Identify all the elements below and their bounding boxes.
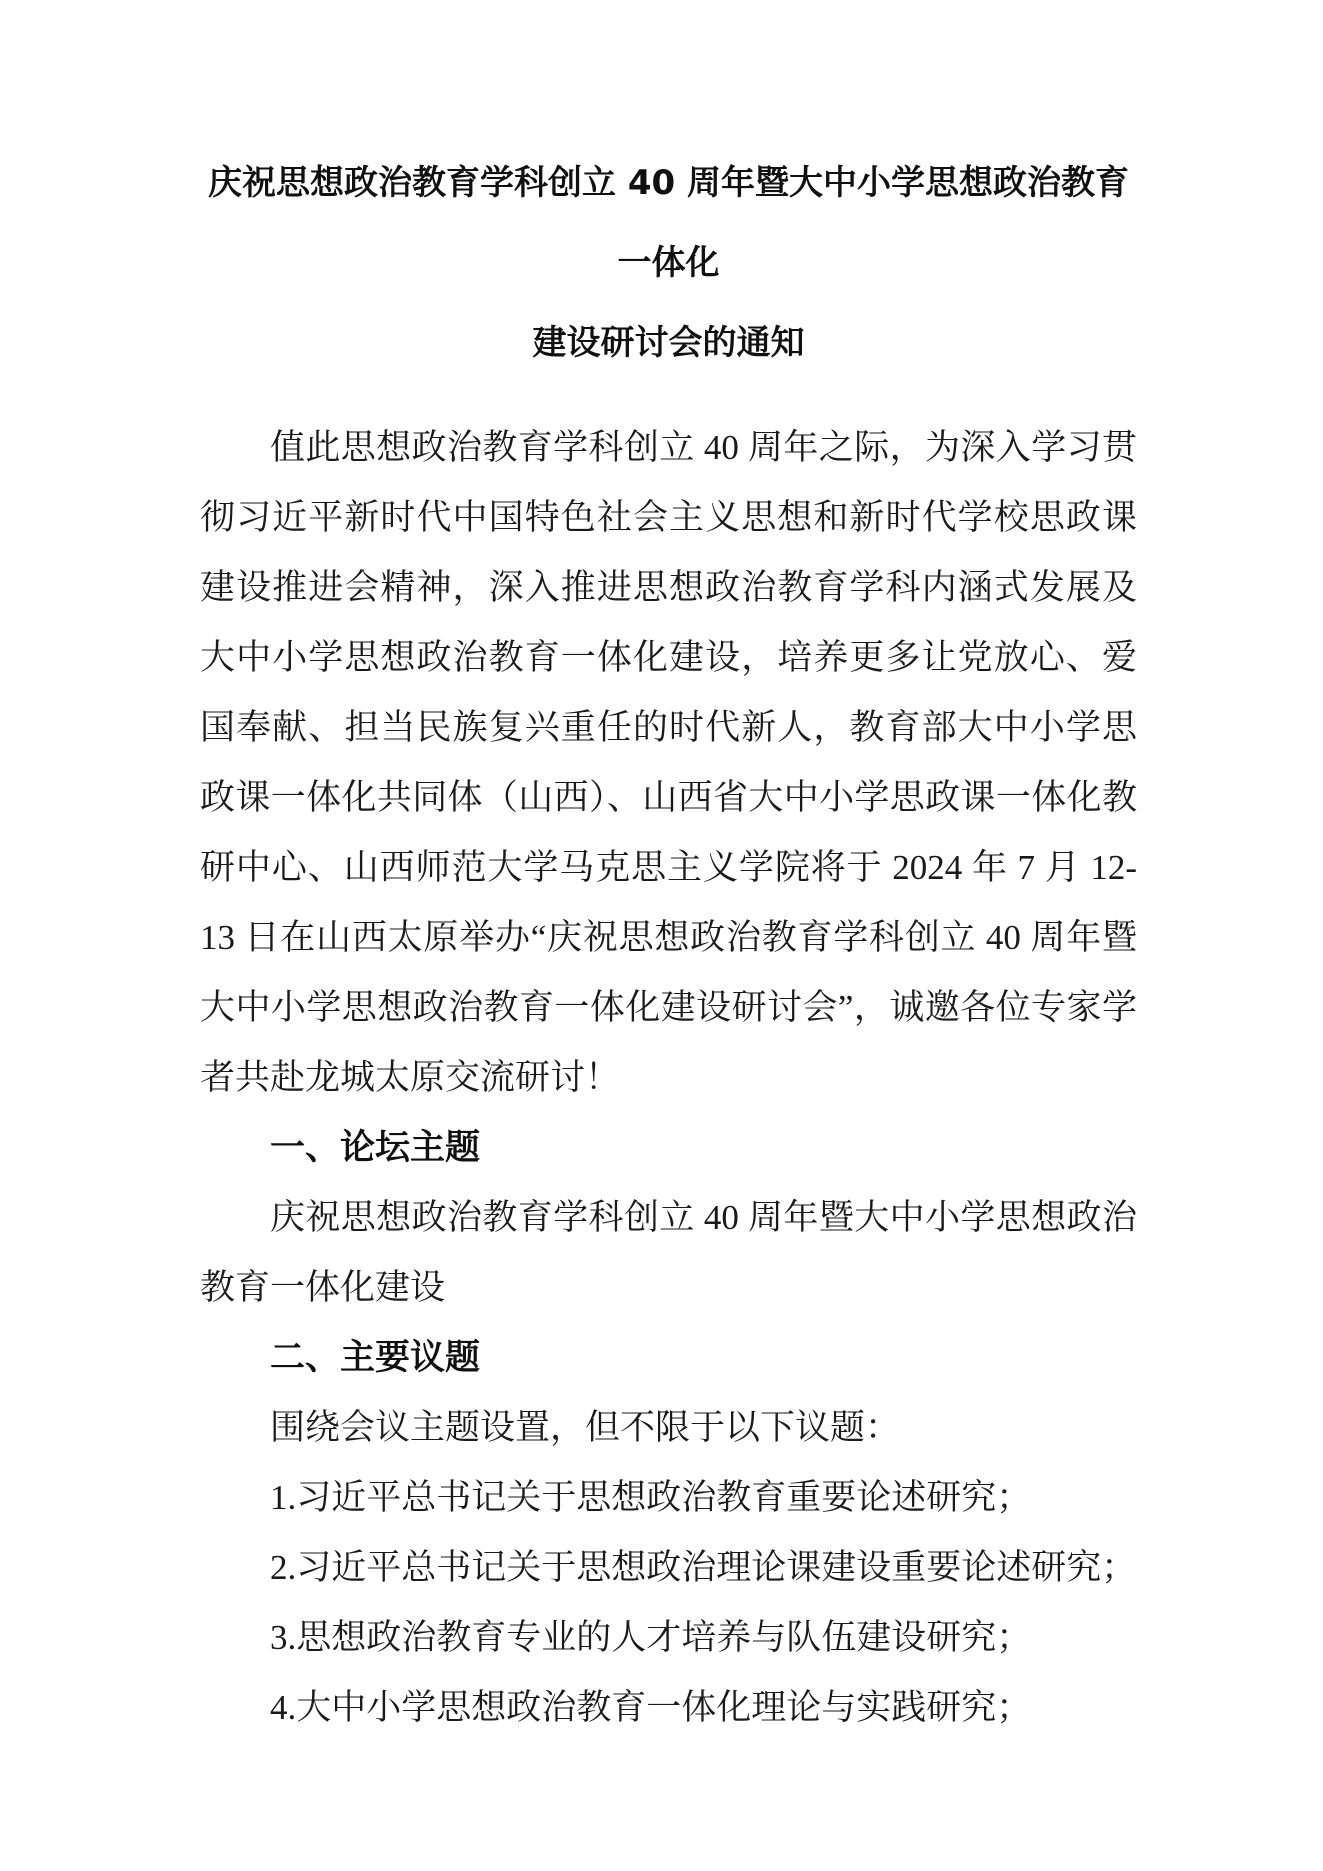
intro-paragraph: 值此思想政治教育学科创立 40 周年之际，为深入学习贯彻习近平新时代中国特色社会… — [200, 413, 1137, 1113]
section-1-heading: 一、论坛主题 — [200, 1113, 1137, 1183]
notice-document-page: 庆祝思想政治教育学科创立 40 周年暨大中小学思想政治教育一体化 建设研讨会的通… — [0, 0, 1323, 1871]
document-title-line-2: 建设研讨会的通知 — [200, 303, 1137, 383]
agenda-item-1: 1.习近平总书记关于思想政治教育重要论述研究； — [200, 1463, 1137, 1533]
section-2-heading: 二、主要议题 — [200, 1323, 1137, 1393]
section-1-body: 庆祝思想政治教育学科创立 40 周年暨大中小学思想政治教育一体化建设 — [200, 1183, 1137, 1323]
agenda-item-2: 2.习近平总书记关于思想政治理论课建设重要论述研究； — [200, 1533, 1137, 1603]
agenda-item-3: 3.思想政治教育专业的人才培养与队伍建设研究； — [200, 1603, 1137, 1673]
document-title: 庆祝思想政治教育学科创立 40 周年暨大中小学思想政治教育一体化 建设研讨会的通… — [200, 143, 1137, 383]
document-title-line-1: 庆祝思想政治教育学科创立 40 周年暨大中小学思想政治教育一体化 — [200, 143, 1137, 303]
agenda-item-4: 4.大中小学思想政治教育一体化理论与实践研究； — [200, 1673, 1137, 1743]
section-2-lead: 围绕会议主题设置，但不限于以下议题： — [200, 1393, 1137, 1463]
